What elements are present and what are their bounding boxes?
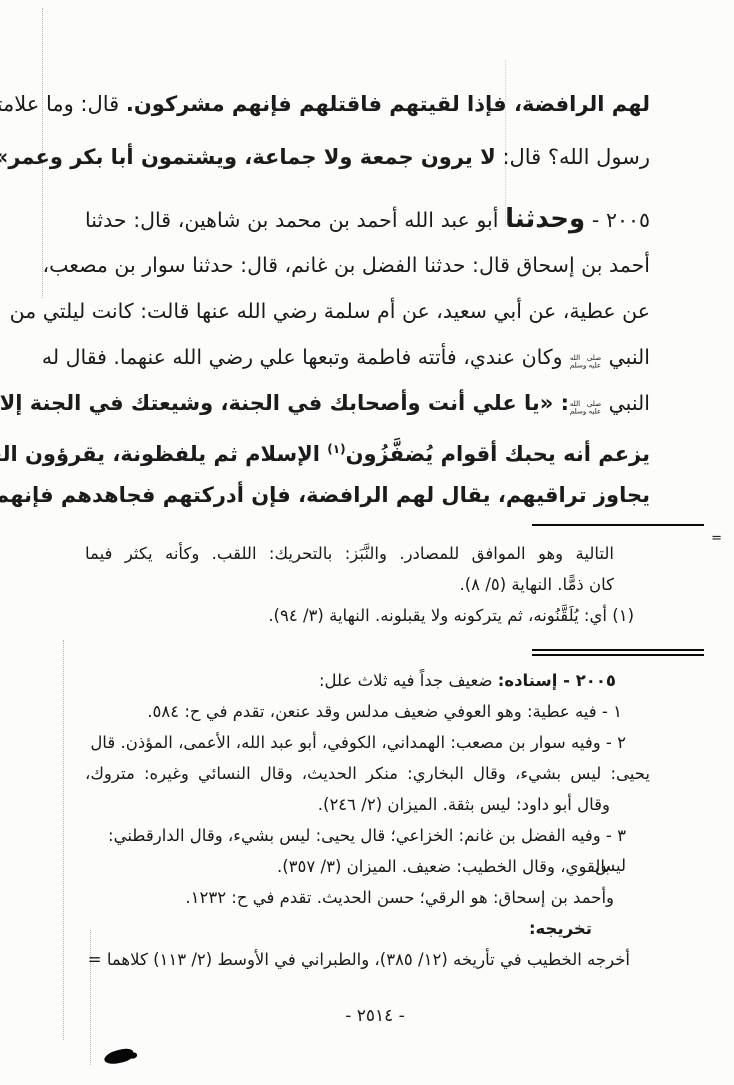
grading-verdict: ضعيف جداً فيه ثلاث علل: [319,671,498,690]
footnote-line: التالية وهو الموافق للمصادر. والنَّبَز: … [85,539,650,570]
grading-number-label: ٢٠٠٥ - إسناده: [498,671,616,690]
isnad-text: النبي [602,345,650,369]
hadith-matn-text: الإسلام ثم يلفظونة، يقرؤون القرآن لا [0,442,327,466]
sallallahu-alayhi-wasallam-mark: صلى اللهعليه وسلم [570,400,601,414]
hadith-matn-text: يجاوز تراقيهم، يقال لهم الرافضة، فإن أدر… [0,483,650,507]
page-number: - ٢٥١٤ - [295,1006,455,1026]
hadith-matn-text: لا يرون جمعة ولا جماعة، ويشتمون أبا بكر … [0,145,496,169]
ink-blot-artifact [103,1047,135,1067]
grading-item-line: ٣ - وفيه الفضل بن غانم: الخزاعي؛ قال يحي… [85,821,650,852]
footnote-reference-mark: (١) [327,442,345,456]
footnote-line: كان ذمًّا. النهاية (٥/ ٨). [85,570,650,601]
isnad-line: أحمد بن إسحاق قال: حدثنا الفضل بن غانم، … [85,244,650,290]
grading-item-line: ١ - فيه عطية: وهو العوفي ضعيف مدلس وقد ع… [85,697,650,728]
narration-text: رسول الله؟ قال: [496,145,650,169]
hadith-matn-text: لهم الرافضة، فإذا لقيتهم فاقتلهم فإنهم م… [126,92,650,116]
continuation-marker: = [711,531,722,546]
honorific-top: صلى الله [570,354,601,361]
matn-line: يجاوز تراقيهم، يقال لهم الرافضة، فإن أدر… [85,474,650,520]
text-line: لهم الرافضة، فإذا لقيتهم فاقتلهم فإنهم م… [85,84,650,137]
isnad-line: عن عطية، عن أبي سعيد، عن أم سلمة رضي الل… [85,290,650,336]
scan-artifact-line [63,640,64,1040]
takhrij-heading: تخريجه: [85,914,650,945]
grading-heading-line: ٢٠٠٥ - إسناده: ضعيف جداً فيه ثلاث علل: [85,666,650,697]
grading-separator-double-line [532,649,704,656]
isnad-text: وكان عندي، فأتته فاطمة وتبعها علي رضي ال… [42,345,569,369]
grading-item-line: وقال أبو داود: ليس بثقة. الميزان (٢/ ٢٤٦… [85,790,650,821]
grading-item-line: يحيى: ليس بشيء، وقال البخاري: منكر الحدي… [85,759,650,790]
honorific-bottom: عليه وسلم [570,361,601,368]
grading-item-line: وأحمد بن إسحاق: هو الرقي؛ حسن الحديث. تق… [85,883,650,914]
isnad-text: النبي [602,391,650,415]
hadith-opening-word: وحدثنا [505,204,585,234]
hadith-number: ٢٠٠٥ - [592,208,650,232]
footnote-line: (١) أي: يُلَقَّنُونه، ثم يتركونه ولا يقب… [85,601,650,632]
hadith-first-line: ٢٠٠٥ - وحدثنا أبو عبد الله أحمد بن محمد … [85,198,650,244]
hadith-matn-text: يزعم أنه يحبك أقوام يُضفَّزُون [346,442,650,466]
matn-line: النبي صلى اللهعليه وسلم: «يا علي أنت وأص… [85,382,650,428]
sallallahu-alayhi-wasallam-mark: صلى اللهعليه وسلم [570,354,601,368]
isnad-text: أبو عبد الله أحمد بن محمد بن شاهين، قال:… [85,208,505,232]
honorific-bottom: عليه وسلم [570,407,601,414]
isnad-line: النبي صلى اللهعليه وسلم وكان عندي، فأتته… [85,336,650,382]
takhrij-line: أخرجه الخطيب في تأريخه (١٢/ ٣٨٥)، والطبر… [19,945,650,976]
matn-line: يزعم أنه يحبك أقوام يُضفَّزُون(١) الإسلا… [85,428,650,474]
text-line: رسول الله؟ قال: لا يرون جمعة ولا جماعة، … [85,137,650,190]
honorific-top: صلى الله [570,400,601,407]
narration-text: قال: وما علامتهم يا [0,92,126,116]
hadith-matn-text: : «يا علي أنت وأصحابك في الجنة، وشيعتك ف… [0,391,569,415]
footnote-continuation-block: التالية وهو الموافق للمصادر. والنَّبَز: … [85,539,650,632]
hadith-continuation-paragraph: لهم الرافضة، فإذا لقيتهم فاقتلهم فإنهم م… [85,84,650,190]
isnad-grading-block: ٢٠٠٥ - إسناده: ضعيف جداً فيه ثلاث علل: ١… [85,666,650,976]
footnote-separator-line [532,524,704,526]
hadith-entry: ٢٠٠٥ - وحدثنا أبو عبد الله أحمد بن محمد … [85,198,650,520]
scanned-book-page: لهم الرافضة، فإذا لقيتهم فاقتلهم فإنهم م… [0,0,734,1085]
grading-item-line: ٢ - وفيه سوار بن مصعب: الهمداني، الكوفي،… [85,728,650,759]
grading-item-line: بالقوي، وقال الخطيب: ضعيف. الميزان (٣/ ٣… [85,852,650,883]
